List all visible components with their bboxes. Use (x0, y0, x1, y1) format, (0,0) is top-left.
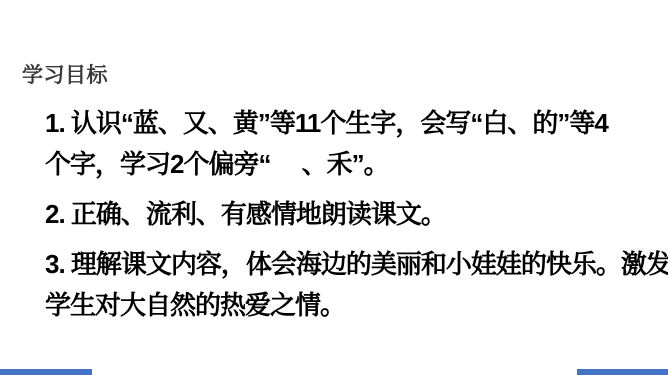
objectives-list: 1. 认识“蓝、又、黄”等11个生字，会写“白、的”等4 个字，学习2个偏旁“ … (45, 103, 645, 335)
bottom-right-accent-bar (577, 369, 668, 375)
objective-item-1: 1. 认识“蓝、又、黄”等11个生字，会写“白、的”等4 个字，学习2个偏旁“ … (45, 103, 645, 185)
slide: 学习目标 1. 认识“蓝、又、黄”等11个生字，会写“白、的”等4 个字，学习2… (0, 0, 668, 376)
objective-3-line-1: 3. 理解课文内容，体会海边的美丽和小娃娃的快乐。激发 (45, 244, 645, 285)
objective-1-line-1: 1. 认识“蓝、又、黄”等11个生字，会写“白、的”等4 (45, 103, 645, 144)
objective-item-2: 2. 正确、流利、有感情地朗读课文。 (45, 194, 645, 235)
objective-2-line-1: 2. 正确、流利、有感情地朗读课文。 (45, 194, 645, 235)
slide-title: 学习目标 (22, 59, 108, 89)
objective-item-3: 3. 理解课文内容，体会海边的美丽和小娃娃的快乐。激发 学生对大自然的热爱之情。 (45, 244, 645, 326)
objective-3-line-2: 学生对大自然的热爱之情。 (45, 285, 645, 326)
bottom-left-accent-bar (0, 369, 92, 375)
objective-1-line-2: 个字，学习2个偏旁“ 、禾”。 (45, 144, 645, 185)
